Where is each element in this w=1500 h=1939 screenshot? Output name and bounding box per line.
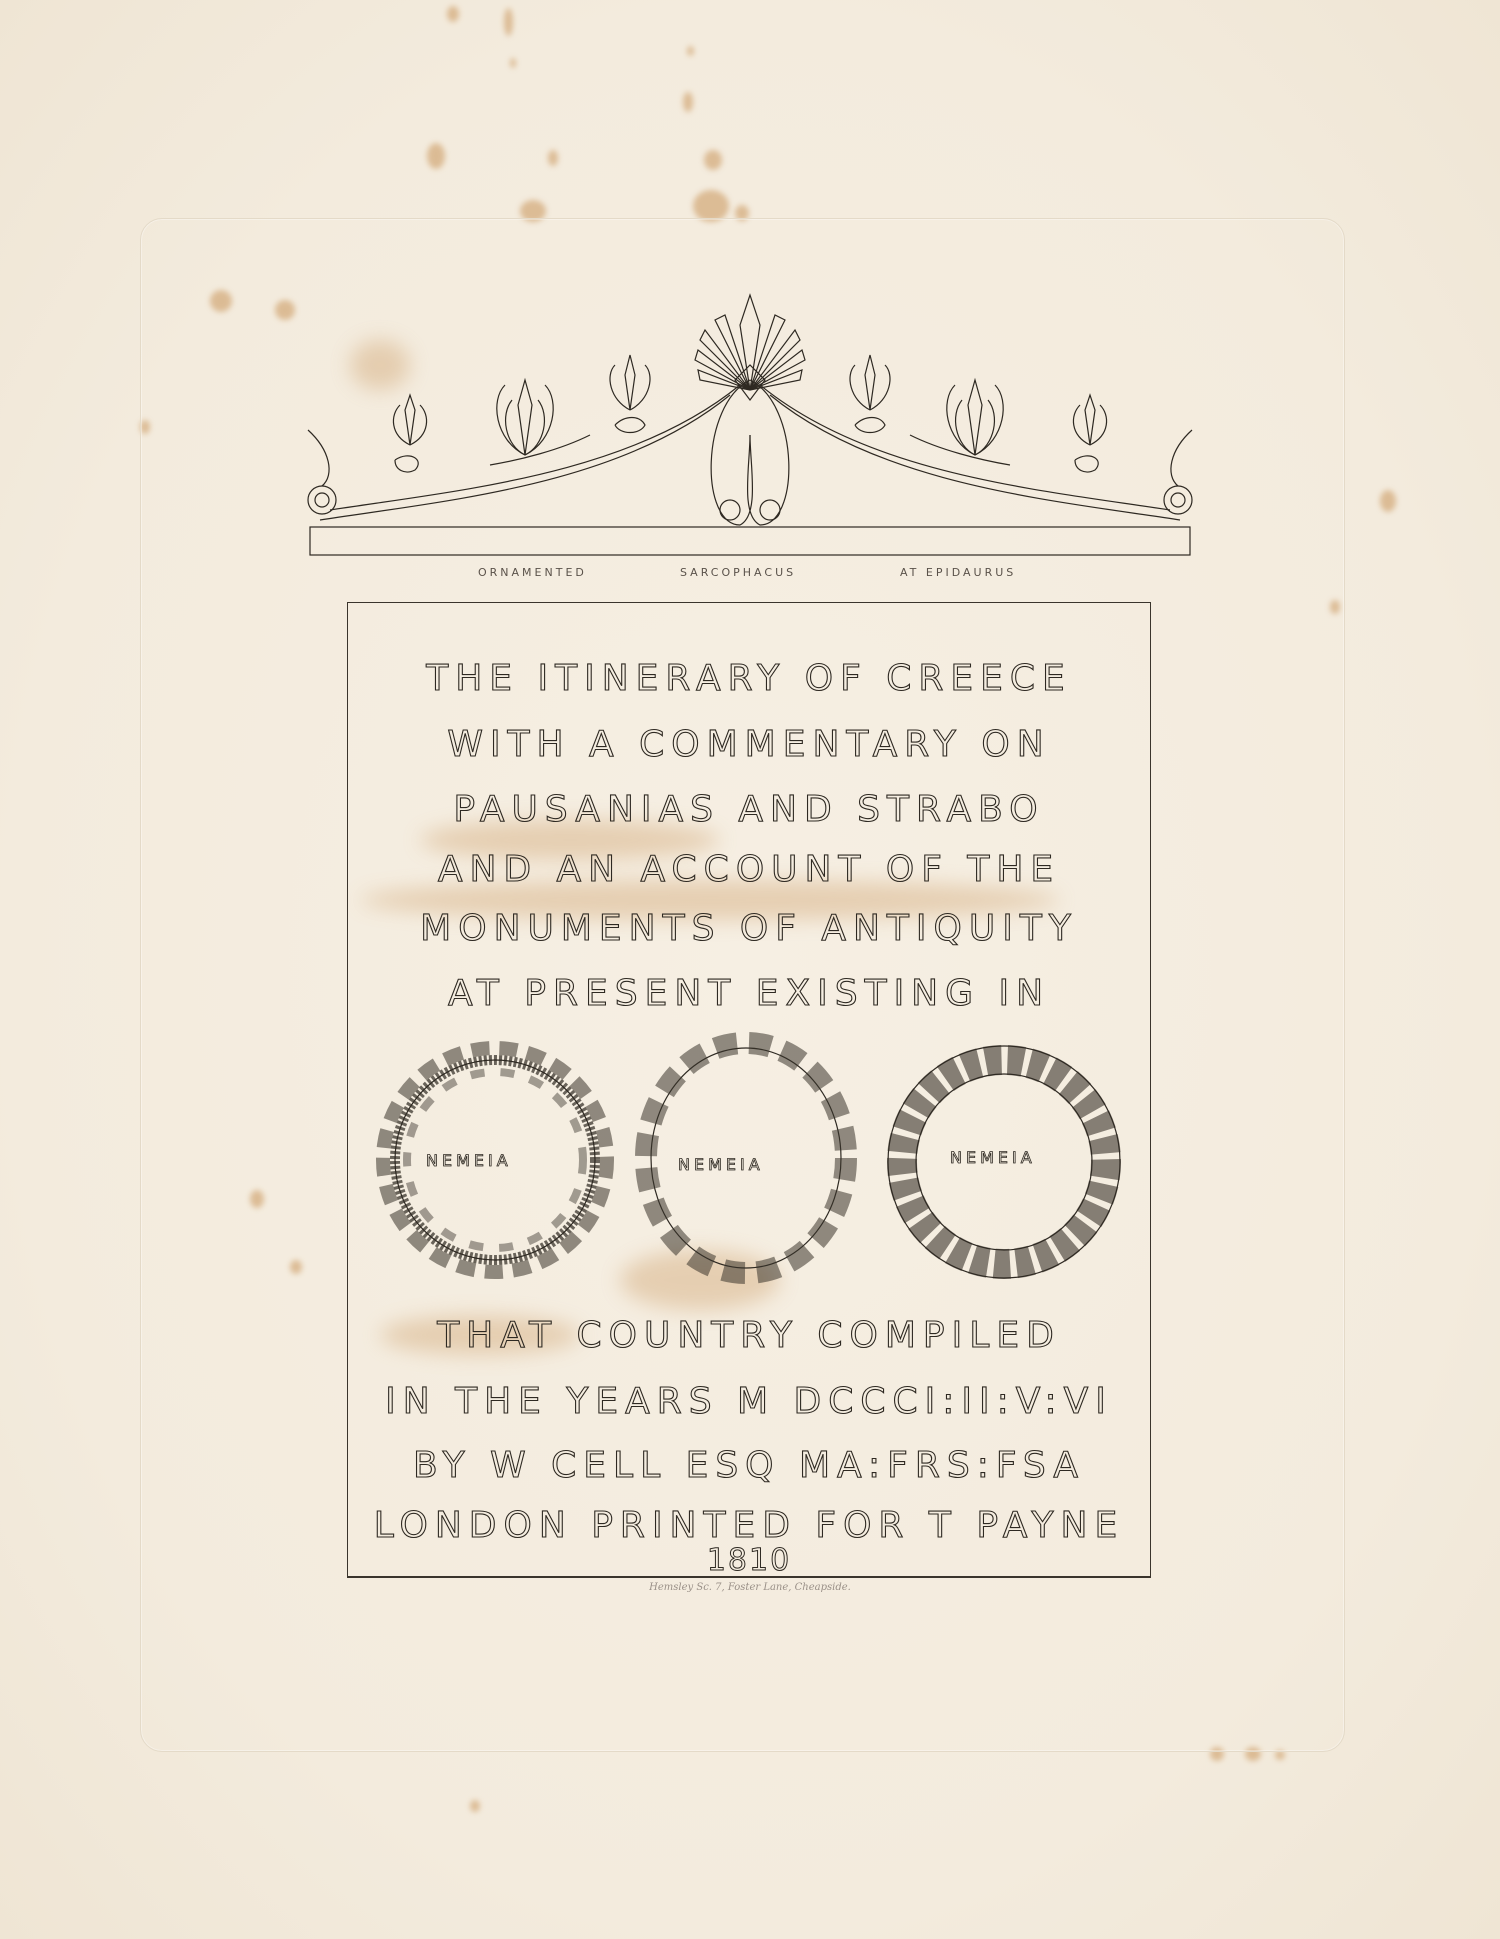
title-line: IN THE YEARS M DCCCI:II:V:VI xyxy=(348,1381,1150,1422)
wreath-label: NEMEIA xyxy=(950,1148,1036,1167)
caption-word: ORNAMENTED xyxy=(478,566,587,579)
title-line: THAT COUNTRY COMPILED xyxy=(348,1315,1150,1356)
title-line: AT PRESENT EXISTING IN xyxy=(348,973,1150,1014)
title-line: THE ITINERARY OF CREECE xyxy=(348,658,1150,699)
wreath-label: NEMEIA xyxy=(426,1151,512,1170)
title-line: WITH A COMMENTARY ON xyxy=(348,724,1150,765)
title-line: PAUSANIAS AND STRABO xyxy=(348,789,1150,830)
engraver-imprint: Hemsley Sc. 7, Foster Lane, Cheapside. xyxy=(600,1582,900,1593)
title-line: AND AN ACCOUNT OF THE xyxy=(348,849,1150,890)
ornament-caption: ORNAMENTED SARCOPHACUS AT EPIDAURUS xyxy=(300,566,1200,586)
title-line: MONUMENTS OF ANTIQUITY xyxy=(348,908,1150,949)
wreath-label: NEMEIA xyxy=(678,1155,764,1174)
title-line: BY W CELL ESQ MA:FRS:FSA xyxy=(348,1445,1150,1486)
book-title-page: ORNAMENTED SARCOPHACUS AT EPIDAURUS THE … xyxy=(0,0,1500,1939)
caption-word: SARCOPHACUS xyxy=(680,566,796,579)
title-box: THE ITINERARY OF CREECE WITH A COMMENTAR… xyxy=(347,602,1151,1578)
sarcophagus-ornament-illustration xyxy=(300,285,1200,560)
title-line: LONDON PRINTED FOR T PAYNE xyxy=(348,1505,1150,1546)
caption-word: AT EPIDAURUS xyxy=(900,566,1016,579)
publication-date: 1810 xyxy=(348,1543,1150,1578)
